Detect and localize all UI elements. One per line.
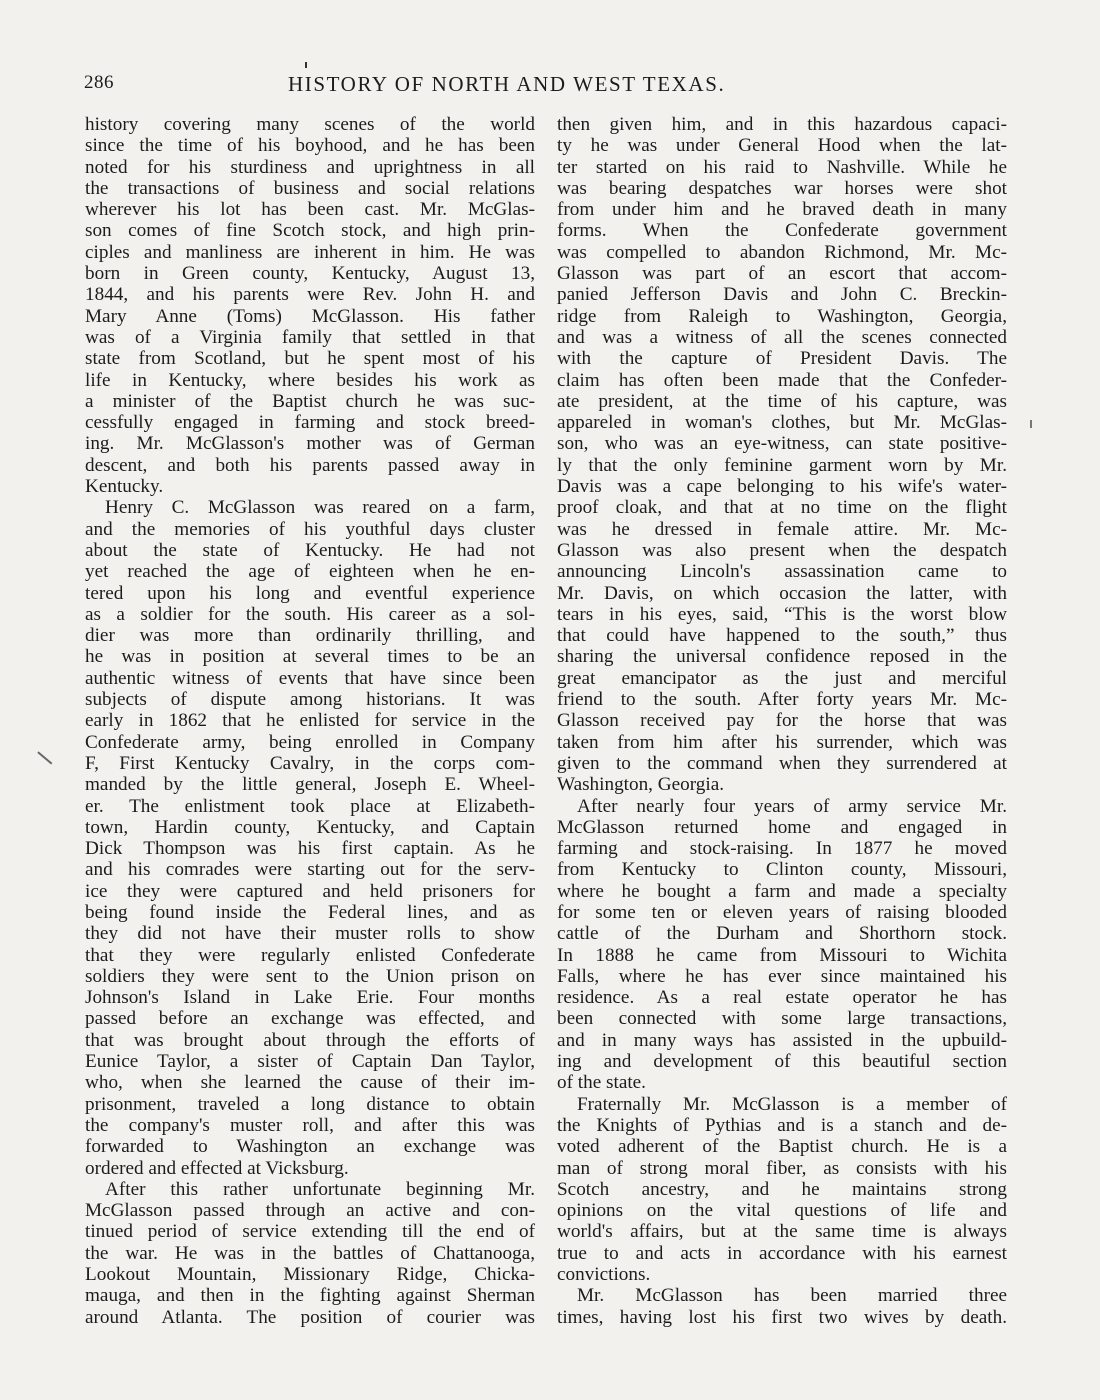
text-line: been connected with some large transacti… [557,1008,1007,1029]
text-line: life in Kentucky, where besides his work… [85,370,535,391]
text-line: and in many ways has assisted in the upb… [557,1030,1007,1051]
text-line: son comes of fine Scotch stock, and high… [85,220,535,241]
text-line: passed before an exchange was effected, … [85,1008,535,1029]
text-line: Johnson's Island in Lake Erie. Four mont… [85,987,535,1008]
text-line: the Knights of Pythias and is a stanch a… [557,1115,1007,1136]
text-line: Glasson was also present when the despat… [557,540,1007,561]
paragraph: Fraternally Mr. McGlasson is a member of… [557,1094,1007,1286]
text-line: announcing Lincoln's assassination came … [557,561,1007,582]
text-line: After this rather unfortunate beginning … [85,1179,535,1200]
text-line: from Kentucky to Clinton county, Missour… [557,859,1007,880]
text-line: ter started on his raid to Nashville. Wh… [557,157,1007,178]
page-number: 286 [84,72,114,94]
text-line: ice they were captured and held prisoner… [85,881,535,902]
text-line: claim has often been made that the Confe… [557,370,1007,391]
text-line: noted for his sturdiness and uprightness… [85,157,535,178]
text-line: tears in his eyes, said, “This is the wo… [557,604,1007,625]
text-line: Fraternally Mr. McGlasson is a member of [557,1094,1007,1115]
scan-mark-top [305,62,307,68]
text-line: Davis was a cape belonging to his wife's… [557,476,1007,497]
text-line: was bearing despatches war horses were s… [557,178,1007,199]
text-line: sharing the universal confidence reposed… [557,646,1007,667]
text-line: a minister of the Baptist church he was … [85,391,535,412]
text-line: that could have happened to the south,” … [557,625,1007,646]
text-line: opinions on the vital questions of life … [557,1200,1007,1221]
paragraph: After this rather unfortunate beginning … [85,1179,535,1328]
text-line: man of strong moral fiber, as consists w… [557,1158,1007,1179]
text-line: being found inside the Federal lines, an… [85,902,535,923]
text-line: McGlasson passed through an active and c… [85,1200,535,1221]
text-line: proof cloak, and that at no time on the … [557,497,1007,518]
text-line: son, who was an eye-witness, can state p… [557,433,1007,454]
text-line: voted adherent of the Baptist church. He… [557,1136,1007,1157]
text-line: descent, and both his parents passed awa… [85,455,535,476]
text-line: Mary Anne (Toms) McGlasson. His father [85,306,535,327]
text-line: where he bought a farm and made a specia… [557,881,1007,902]
scan-mark-right [1030,420,1032,428]
text-line: then given him, and in this hazardous ca… [557,114,1007,135]
text-line: ing and development of this beautiful se… [557,1051,1007,1072]
text-line: residence. As a real estate operator he … [557,987,1007,1008]
text-line: the transactions of business and social … [85,178,535,199]
text-line: ly that the only feminine garment worn b… [557,455,1007,476]
text-line: from under him and he braved death in ma… [557,199,1007,220]
text-line: Henry C. McGlasson was reared on a farm, [85,497,535,518]
text-line: was of a Virginia family that settled in… [85,327,535,348]
text-line: ridge from Raleigh to Washington, Georgi… [557,306,1007,327]
text-line: true to and acts in accordance with his … [557,1243,1007,1264]
paragraph: then given him, and in this hazardous ca… [557,114,1007,796]
text-line: the company's muster roll, and after thi… [85,1115,535,1136]
text-line: panied Jefferson Davis and John C. Breck… [557,284,1007,305]
text-line: times, having lost his first two wives b… [557,1307,1007,1328]
text-line: Washington, Georgia. [557,774,1007,795]
text-line: 1844, and his parents were Rev. John H. … [85,284,535,305]
text-line: appareled in woman's clothes, but Mr. Mc… [557,412,1007,433]
text-line: ate president, at the time of his captur… [557,391,1007,412]
text-line: world's affairs, but at the same time is… [557,1221,1007,1242]
text-line: ciples and manliness are inherent in him… [85,242,535,263]
text-line: cessfully engaged in farming and stock b… [85,412,535,433]
text-line: he was in position at several times to b… [85,646,535,667]
text-line: ordered and effected at Vicksburg. [85,1158,535,1179]
text-line: tinued period of service extending till … [85,1221,535,1242]
text-line: yet reached the age of eighteen when he … [85,561,535,582]
text-line: Scotch ancestry, and he maintains strong [557,1179,1007,1200]
paragraph: history covering many scenes of the worl… [85,114,535,497]
text-line: town, Hardin county, Kentucky, and Capta… [85,817,535,838]
text-line: In 1888 he came from Missouri to Wichita [557,945,1007,966]
text-line: was he dressed in female attire. Mr. Mc- [557,519,1007,540]
text-line: state from Scotland, but he spent most o… [85,348,535,369]
paragraph: Henry C. McGlasson was reared on a farm,… [85,497,535,1179]
text-line: early in 1862 that he enlisted for servi… [85,710,535,731]
text-line: tered upon his long and eventful experie… [85,583,535,604]
paragraph: Mr. McGlasson has been married threetime… [557,1285,1007,1328]
text-line: Confederate army, being enrolled in Comp… [85,732,535,753]
text-line: and the memories of his youthful days cl… [85,519,535,540]
text-line: manded by the little general, Joseph E. … [85,774,535,795]
text-line: around Atlanta. The position of courier … [85,1307,535,1328]
text-line: F, First Kentucky Cavalry, in the corps … [85,753,535,774]
page-header: 286 HISTORY OF NORTH AND WEST TEXAS. [84,72,1024,102]
text-line: the war. He was in the battles of Chatta… [85,1243,535,1264]
text-line: taken from him after his surrender, whic… [557,732,1007,753]
text-line: since the time of his boyhood, and he ha… [85,135,535,156]
text-line: and was a witness of all the scenes conn… [557,327,1007,348]
text-line: subjects of dispute among historians. It… [85,689,535,710]
text-line: Kentucky. [85,476,535,497]
text-line: Lookout Mountain, Missionary Ridge, Chic… [85,1264,535,1285]
text-line: After nearly four years of army service … [557,796,1007,817]
text-line: ing. Mr. McGlasson's mother was of Germa… [85,433,535,454]
text-line: great emancipator as the just and mercif… [557,668,1007,689]
text-line: er. The enlistment took place at Elizabe… [85,796,535,817]
text-line: was compelled to abandon Richmond, Mr. M… [557,242,1007,263]
text-line: as a soldier for the south. His career a… [85,604,535,625]
text-line: that they were regularly enlisted Confed… [85,945,535,966]
right-column: then given him, and in this hazardous ca… [557,114,1007,1328]
text-line: Dick Thompson was his first captain. As … [85,838,535,859]
scan-mark-left [38,751,53,764]
text-line: authentic witness of events that have si… [85,668,535,689]
text-line: born in Green county, Kentucky, August 1… [85,263,535,284]
text-line: cattle of the Durham and Shorthorn stock… [557,923,1007,944]
text-line: prisonment, traveled a long distance to … [85,1094,535,1115]
left-column: history covering many scenes of the worl… [85,114,535,1328]
text-line: mauga, and then in the fighting against … [85,1285,535,1306]
text-line: for some ten or eleven years of raising … [557,902,1007,923]
text-line: and his comrades were starting out for t… [85,859,535,880]
text-line: forms. When the Confederate government [557,220,1007,241]
text-line: forwarded to Washington an exchange was [85,1136,535,1157]
text-line: Mr. McGlasson has been married three [557,1285,1007,1306]
text-line: wherever his lot has been cast. Mr. McGl… [85,199,535,220]
text-line: about the state of Kentucky. He had not [85,540,535,561]
text-line: Falls, where he has ever since maintaine… [557,966,1007,987]
text-line: with the capture of President Davis. The [557,348,1007,369]
text-line: Glasson was part of an escort that accom… [557,263,1007,284]
text-line: ty he was under General Hood when the la… [557,135,1007,156]
text-line: McGlasson returned home and engaged in [557,817,1007,838]
paragraph: After nearly four years of army service … [557,796,1007,1094]
text-line: soldiers they were sent to the Union pri… [85,966,535,987]
text-line: who, when she learned the cause of their… [85,1072,535,1093]
text-line: Mr. Davis, on which occasion the latter,… [557,583,1007,604]
text-line: farming and stock-raising. In 1877 he mo… [557,838,1007,859]
text-line: of the state. [557,1072,1007,1093]
running-title: HISTORY OF NORTH AND WEST TEXAS. [288,72,725,97]
text-line: Glasson received pay for the horse that … [557,710,1007,731]
text-line: friend to the south. After forty years M… [557,689,1007,710]
text-line: convictions. [557,1264,1007,1285]
text-line: they did not have their muster rolls to … [85,923,535,944]
text-line: dier was more than ordinarily thrilling,… [85,625,535,646]
text-line: history covering many scenes of the worl… [85,114,535,135]
text-line: that was brought about through the effor… [85,1030,535,1051]
text-line: Eunice Taylor, a sister of Captain Dan T… [85,1051,535,1072]
text-line: given to the command when they surrender… [557,753,1007,774]
